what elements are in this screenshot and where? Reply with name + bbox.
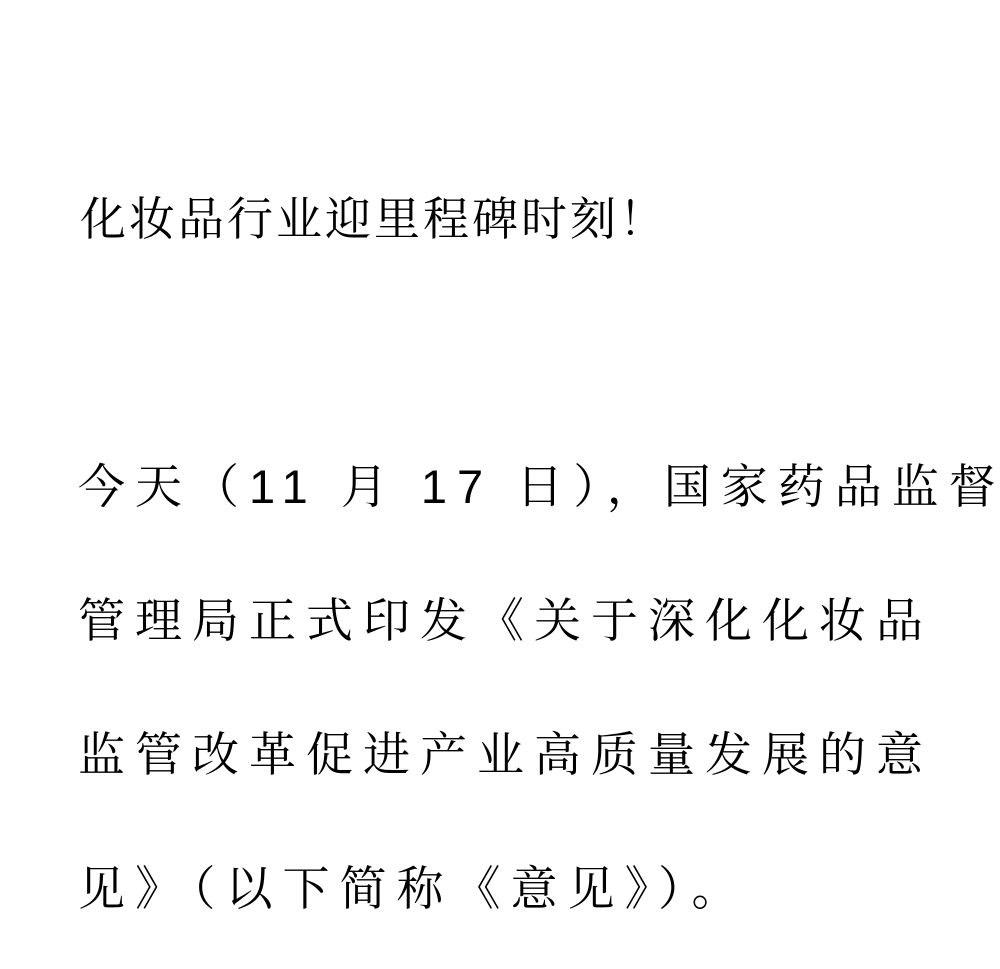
paragraph-line-2: 管理局正式印发《关于深化化妆品 — [78, 554, 1000, 688]
article-paragraph: 今天（11 月 17 日），国家药品监督 管理局正式印发《关于深化化妆品 监管改… — [78, 420, 1000, 956]
paragraph-line-1: 今天（11 月 17 日），国家药品监督 — [78, 420, 1000, 554]
article-headline: 化妆品行业迎里程碑时刻！ — [80, 194, 668, 245]
paragraph-line-3: 监管改革促进产业高质量发展的意 — [78, 688, 1000, 822]
paragraph-line-4: 见》（以下简称《意见》）。 — [78, 822, 1000, 956]
article-page: 化妆品行业迎里程碑时刻！ 今天（11 月 17 日），国家药品监督 管理局正式印… — [0, 0, 1000, 969]
